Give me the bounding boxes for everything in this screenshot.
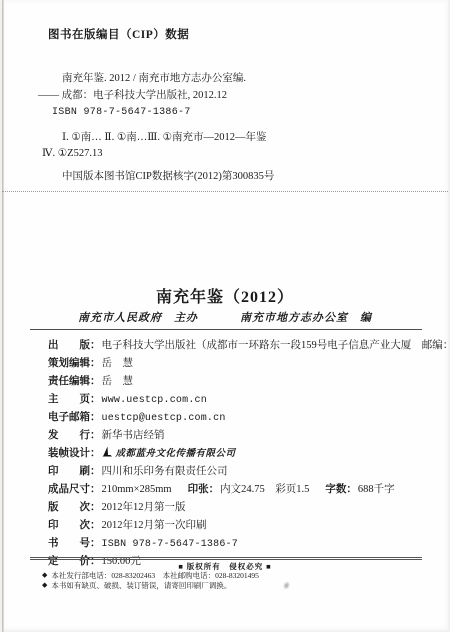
design-row: 装帧设计： 成都蓝舟文化传播有限公司 [48,445,426,463]
row-value: 四川和乐印务有限责任公司 [102,463,228,478]
row-value: 新华书店经销 [102,427,165,442]
top-divider [30,329,422,330]
edition-row: 版 次： 2012年12月第一版 [48,499,426,517]
publication-info-list: 出 版： 电子科技大学出版社（成都市一环路东一段159号电子信息产业大厦 邮编：… [48,337,426,571]
row-label: 策划编辑： [48,355,101,370]
cip-record-line1: 南充年鉴. 2012 / 南充市地方志办公室编. [62,70,448,87]
distribution-row: 发 行： 新华书店经销 [48,427,426,445]
footer-notes: ◆ 本社发行部电话：028-83202463 本社邮购电话：028-832014… [42,571,259,590]
row-label: 主 页： [48,391,101,406]
row-value: 2012年12月第一版 [102,499,186,514]
dotted-divider [2,191,448,192]
cip-record-block: 南充年鉴. 2012 / 南充市地方志办公室编. —— 成都：电子科技大学出版社… [2,70,448,121]
row-value: 2012年12月第一次印刷 [102,517,207,532]
word-count-label: 字数： [325,481,357,496]
defect-note-text: 本书如有缺页、破损、装订错误，请寄回印刷厂调换。 [51,581,231,591]
title-credits-line: 南充市人民政府 主办南充市地方志办公室 编 [2,309,448,325]
row-label: 出 版： [48,337,101,352]
responsible-editor-row: 责任编辑： 岳 慧 [48,373,426,391]
organizer-credit: 南充市人民政府 主办 [78,312,198,324]
diamond-bullet-icon: ◆ [42,581,47,591]
cip-classification-line2: Ⅳ. ①Z527.13 [42,146,448,162]
homepage-url: www.uestcp.com.cn [102,395,207,406]
sheets-label: 印张： [188,481,220,496]
publisher-row: 出 版： 电子科技大学出版社（成都市一环路东一段159号电子信息产业大厦 邮编：… [48,337,426,355]
row-label: 成品尺寸： [48,481,101,496]
row-label: 印 刷： [48,463,101,478]
printing-row: 印 次： 2012年12月第一次印刷 [48,517,426,535]
dimensions-row: 成品尺寸： 210mm×285mm 印张： 内文24.75 彩页1.5 字数： … [48,481,426,499]
word-count-value: 688千字 [358,481,395,496]
bottom-divider [30,557,422,560]
cip-heading: 图书在版编目（CIP）数据 [48,26,189,42]
row-label: 装帧设计： [48,445,101,460]
sail-boat-logo-icon [102,446,113,457]
copyright-page: 图书在版编目（CIP）数据 南充年鉴. 2012 / 南充市地方志办公室编. —… [2,0,448,630]
planning-editor-row: 策划编辑： 岳 慧 [48,355,426,373]
homepage-row: 主 页： www.uestcp.com.cn [48,391,426,409]
email-address: uestcp@uestcp.com.cn [102,413,226,424]
sheets-value: 内文24.75 彩页1.5 [220,481,309,496]
phone-note-row: ◆ 本社发行部电话：028-83202463 本社邮购电话：028-832014… [42,571,259,581]
row-label: 版 次： [48,499,101,514]
row-label: 发 行： [48,427,101,442]
row-value: 电子科技大学出版社（成都市一环路东一段159号电子信息产业大厦 邮编：61005… [102,337,450,352]
cip-record-isbn: ISBN 978-7-5647-1386-7 [52,104,448,121]
book-title: 南充年鉴（2012） [2,284,448,307]
dimensions-value: 210mm×285mm [102,484,172,495]
cip-classification-line1: Ⅰ. ①南… Ⅱ. ①南…Ⅲ. ①南充市—2012—年鉴 [62,130,448,146]
email-row: 电子邮箱： uestcp@uestcp.com.cn [48,409,426,427]
cip-record-line2: —— 成都：电子科技大学出版社, 2012.12 [38,87,448,104]
row-label: 印 次： [48,517,101,532]
row-value: 岳 慧 [102,373,134,388]
isbn-row: 书 号： ISBN 978-7-5647-1386-7 [48,535,426,553]
row-value: 岳 慧 [102,355,134,370]
row-label: 书 号： [48,535,101,550]
printer-row: 印 刷： 四川和乐印务有限责任公司 [48,463,426,481]
defect-note-row: ◆ 本书如有缺页、破损、装订错误，请寄回印刷厂调换。 [42,581,259,591]
isbn-value: ISBN 978-7-5647-1386-7 [102,539,238,550]
editor-credit: 南充市地方志办公室 编 [240,312,372,324]
design-company-name: 成都蓝舟文化传播有限公司 [116,445,236,459]
cip-verification-number: 中国版本图书馆CIP数据核字(2012)第300835号 [62,168,274,183]
row-label: 责任编辑： [48,373,101,388]
cip-classification-block: Ⅰ. ①南… Ⅱ. ①南…Ⅲ. ①南充市—2012—年鉴 Ⅳ. ①Z527.13 [2,130,448,162]
phone-note-text: 本社发行部电话：028-83202463 本社邮购电话：028-83201495 [51,571,259,581]
diamond-bullet-icon: ◆ [42,571,47,581]
scan-smudge-artifact [281,580,291,591]
row-label: 电子邮箱： [48,409,101,424]
